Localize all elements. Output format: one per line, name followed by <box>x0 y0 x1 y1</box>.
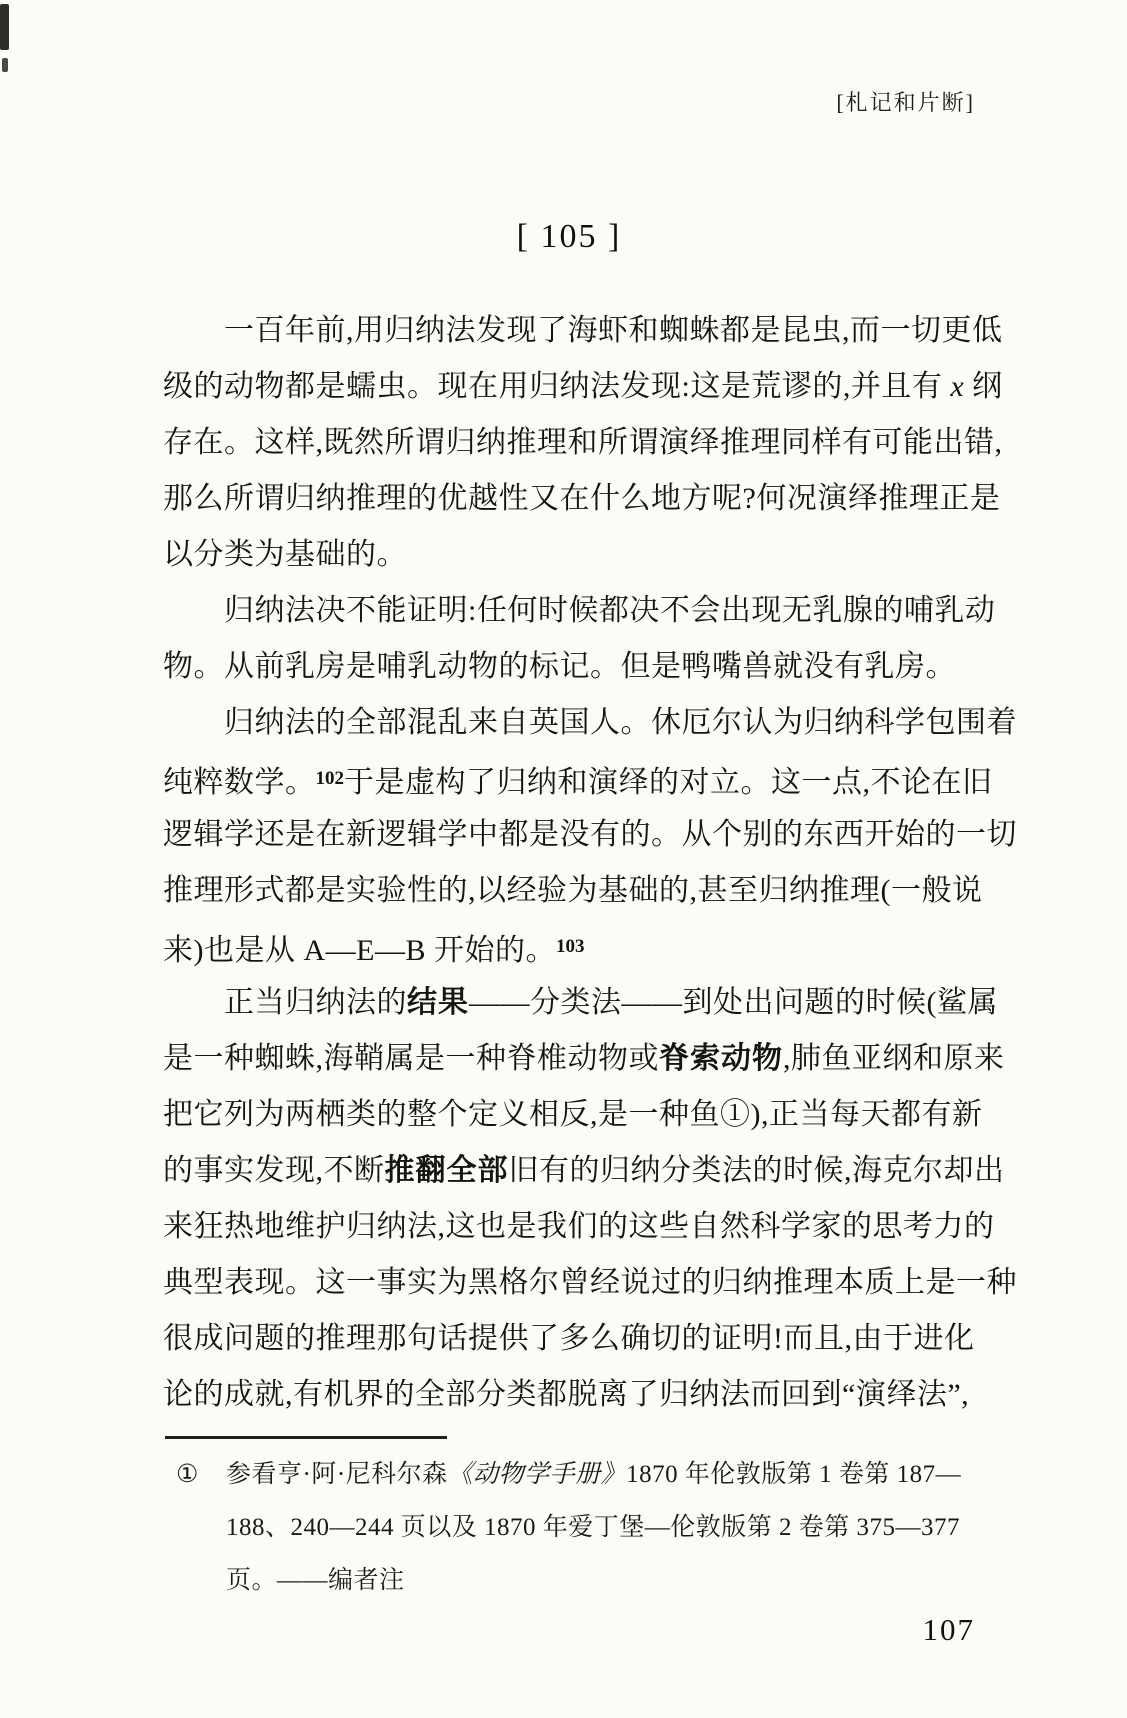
book-page: [札记和片断] [ 105 ] 一百年前,用归纳法发现了海虾和蜘蛛都是昆虫,而一… <box>0 0 1127 1718</box>
text-line: 推理形式都是实验性的,以经验为基础的,甚至归纳推理(一般说 <box>163 863 975 919</box>
text-segment: 物。从前乳房是哺乳动物的标记。但是鸭嘴兽就没有乳房。 <box>163 650 956 683</box>
page-content: [札记和片断] [ 105 ] 一百年前,用归纳法发现了海虾和蜘蛛都是昆虫,而一… <box>163 0 975 1718</box>
page-number: 107 <box>163 1612 975 1648</box>
text-line: 的事实发现,不断推翻全部旧有的归纳分类法的时候,海克尔却出 <box>163 1143 975 1199</box>
text-segment: 结果 <box>407 986 469 1019</box>
text-segment: 典型表现。这一事实为黑格尔曾经说过的归纳推理本质上是一种 <box>163 1266 1017 1299</box>
text-segment: 脊索动物 <box>659 1042 783 1075</box>
text-segment: 推翻全部 <box>385 1154 509 1187</box>
text-line: 那么所谓归纳推理的优越性又在什么地方呢?何况演绎推理正是 <box>163 471 975 527</box>
text-segment: 页。——编者注 <box>226 1567 405 1594</box>
text-segment: 那么所谓归纳推理的优越性又在什么地方呢?何况演绎推理正是 <box>163 482 1000 515</box>
scan-artifact <box>2 58 8 72</box>
text-segment: 级的动物都是蠕虫。现在用归纳法发现:这是荒谬的,并且有 <box>163 370 950 403</box>
text-line: 论的成就,有机界的全部分类都脱离了归纳法而回到“演绎法”, <box>163 1367 975 1423</box>
text-segment: x <box>950 370 964 403</box>
text-line: 典型表现。这一事实为黑格尔曾经说过的归纳推理本质上是一种 <box>163 1255 975 1311</box>
text-segment: 论的成就,有机界的全部分类都脱离了归纳法而回到“演绎法”, <box>163 1378 969 1411</box>
text-segment: 纲 <box>964 370 1003 403</box>
text-line: 纯粹数学。102于是虚构了归纳和演绎的对立。这一点,不论在旧 <box>163 751 975 807</box>
footnote-divider <box>165 1436 447 1439</box>
text-line: 把它列为两栖类的整个定义相反,是一种鱼①),正当每天都有新 <box>163 1087 975 1143</box>
endnote-reference: 103 <box>556 936 585 957</box>
footnote-marker: ① <box>176 1448 198 1501</box>
text-line: 是一种蜘蛛,海鞘属是一种脊椎动物或脊索动物,肺鱼亚纲和原来 <box>163 1031 975 1087</box>
text-line: 很成问题的推理那句话提供了多么确切的证明!而且,由于进化 <box>163 1311 975 1367</box>
endnote-reference: 102 <box>316 768 345 789</box>
text-segment: 正当归纳法的 <box>224 986 407 1019</box>
text-segment: 逻辑学还是在新逻辑学中都是没有的。从个别的东西开始的一切 <box>163 818 1017 851</box>
scan-artifact <box>0 4 9 50</box>
text-line: 一百年前,用归纳法发现了海虾和蜘蛛都是昆虫,而一切更低 <box>163 303 975 359</box>
text-line: 物。从前乳房是哺乳动物的标记。但是鸭嘴兽就没有乳房。 <box>163 639 975 695</box>
running-header: [札记和片断] <box>163 86 975 117</box>
paragraph: 正当归纳法的结果——分类法——到处出问题的时候(鲨属是一种蜘蛛,海鞘属是一种脊椎… <box>163 975 975 1423</box>
text-segment: 参看亨·阿·尼科尔森 <box>226 1461 448 1488</box>
text-segment: 归纳法决不能证明:任何时候都决不会出现无乳腺的哺乳动 <box>224 594 995 627</box>
text-segment: 一百年前,用归纳法发现了海虾和蜘蛛都是昆虫,而一切更低 <box>224 314 1003 347</box>
text-segment: 归纳法的全部混乱来自英国人。休厄尔认为归纳科学包围着 <box>224 706 1017 739</box>
paragraph: 归纳法决不能证明:任何时候都决不会出现无乳腺的哺乳动物。从前乳房是哺乳动物的标记… <box>163 583 975 695</box>
text-line: 逻辑学还是在新逻辑学中都是没有的。从个别的东西开始的一切 <box>163 807 975 863</box>
text-line: 级的动物都是蠕虫。现在用归纳法发现:这是荒谬的,并且有 x 纲 <box>163 359 975 415</box>
text-segment: 是一种蜘蛛,海鞘属是一种脊椎动物或 <box>163 1042 659 1075</box>
text-segment: 很成问题的推理那句话提供了多么确切的证明!而且,由于进化 <box>163 1322 975 1355</box>
text-line: 来狂热地维护归纳法,这也是我们的这些自然科学家的思考力的 <box>163 1199 975 1255</box>
text-segment: ——分类法——到处出问题的时候(鲨属 <box>469 986 998 1019</box>
text-line: 存在。这样,既然所谓归纳推理和所谓演绎推理同样有可能出错, <box>163 415 975 471</box>
footnote: ① 参看亨·阿·尼科尔森《动物学手册》1870 年伦敦版第 1 卷第 187—1… <box>163 1448 975 1607</box>
text-segment: 存在。这样,既然所谓归纳推理和所谓演绎推理同样有可能出错, <box>163 426 1003 459</box>
text-line: 归纳法的全部混乱来自英国人。休厄尔认为归纳科学包围着 <box>163 695 975 751</box>
text-line: 以分类为基础的。 <box>163 527 975 583</box>
body-text: 一百年前,用归纳法发现了海虾和蜘蛛都是昆虫,而一切更低级的动物都是蠕虫。现在用归… <box>163 303 975 1423</box>
paragraph: 归纳法的全部混乱来自英国人。休厄尔认为归纳科学包围着纯粹数学。102于是虚构了归… <box>163 695 975 975</box>
text-segment: 来)也是从 A—E—B 开始的。 <box>163 934 556 967</box>
text-segment: 188、240—244 页以及 1870 年爱丁堡—伦敦版第 2 卷第 375—… <box>226 1514 960 1541</box>
text-segment: 把它列为两栖类的整个定义相反,是一种鱼①),正当每天都有新 <box>163 1098 983 1131</box>
text-line: 188、240—244 页以及 1870 年爱丁堡—伦敦版第 2 卷第 375—… <box>226 1501 975 1554</box>
text-segment: 1870 年伦敦版第 1 卷第 187— <box>626 1461 961 1488</box>
text-segment: ,肺鱼亚纲和原来 <box>783 1042 1005 1075</box>
paragraph: 一百年前,用归纳法发现了海虾和蜘蛛都是昆虫,而一切更低级的动物都是蠕虫。现在用归… <box>163 303 975 583</box>
text-segment: 纯粹数学。 <box>163 766 316 799</box>
section-title: [ 105 ] <box>163 218 975 256</box>
text-line: 归纳法决不能证明:任何时候都决不会出现无乳腺的哺乳动 <box>163 583 975 639</box>
text-line: 正当归纳法的结果——分类法——到处出问题的时候(鲨属 <box>163 975 975 1031</box>
text-line: 参看亨·阿·尼科尔森《动物学手册》1870 年伦敦版第 1 卷第 187— <box>226 1448 975 1501</box>
footnote-text: 参看亨·阿·尼科尔森《动物学手册》1870 年伦敦版第 1 卷第 187—188… <box>226 1448 975 1607</box>
text-line: 来)也是从 A—E—B 开始的。103 <box>163 919 975 975</box>
text-line: 页。——编者注 <box>226 1554 975 1607</box>
text-segment: 来狂热地维护归纳法,这也是我们的这些自然科学家的思考力的 <box>163 1210 995 1243</box>
text-segment: 于是虚构了归纳和演绎的对立。这一点,不论在旧 <box>344 766 993 799</box>
text-segment: 推理形式都是实验性的,以经验为基础的,甚至归纳推理(一般说 <box>163 874 983 907</box>
text-segment: 的事实发现,不断 <box>163 1154 385 1187</box>
text-segment: 《动物学手册》 <box>448 1461 627 1488</box>
text-segment: 旧有的归纳分类法的时候,海克尔却出 <box>509 1154 1005 1187</box>
text-segment: 以分类为基础的。 <box>163 538 407 571</box>
